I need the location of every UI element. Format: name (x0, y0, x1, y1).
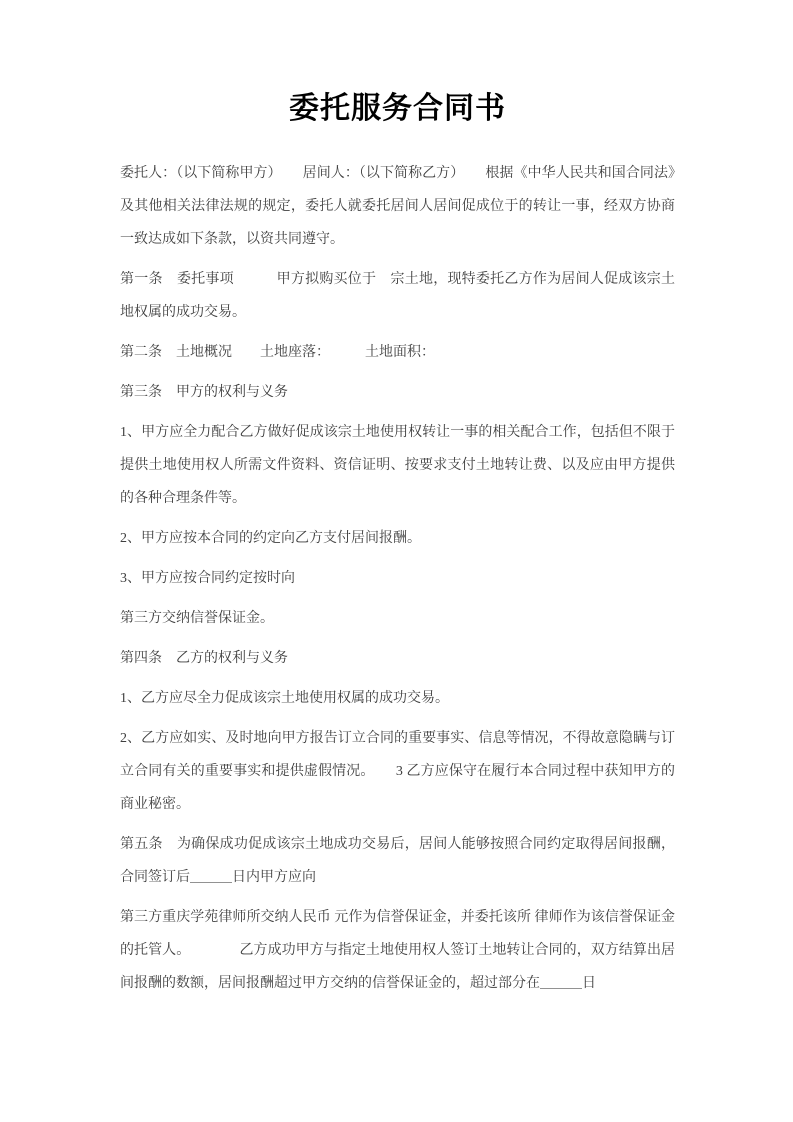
clause-5-paragraph: 第五条 为确保成功促成该宗土地成功交易后，居间人能够按照合同约定取得居间报酬，合… (120, 828, 675, 894)
clause-4-party-b-heading: 第四条 乙方的权利与义务 (120, 642, 675, 675)
document-title: 委托服务合同书 (120, 88, 675, 130)
clause-3-item-3-paragraph: 3、甲方应按合同约定按时向 (120, 562, 675, 595)
clause-3-item-1-paragraph: 1、甲方应全力配合乙方做好促成该宗土地使用权转让一事的相关配合工作，包括但不限于… (120, 416, 675, 515)
clause-3-party-a-heading: 第三条 甲方的权利与义务 (120, 376, 675, 409)
clause-2-land-overview-paragraph: 第二条 土地概况 土地座落： 土地面积： (120, 336, 675, 369)
clause-4-item-1-paragraph: 1、乙方应尽全力促成该宗土地使用权属的成功交易。 (120, 682, 675, 715)
intro-paragraph: 委托人：（以下简称甲方） 居间人：（以下简称乙方） 根据《中华人民共和国合同法》… (120, 157, 675, 256)
clause-5-deposit-paragraph: 第三方重庆学苑律师所交纳人民币 元作为信誉保证金，并委托该所 律师作为该信誉保证… (120, 901, 675, 1000)
clause-1-entrustment-paragraph: 第一条 委托事项 甲方拟购买位于 宗土地，现特委托乙方作为居间人促成该宗土地权属… (120, 263, 675, 329)
clause-3-item-2-paragraph: 2、甲方应按本合同的约定向乙方支付居间报酬。 (120, 522, 675, 555)
clause-4-item-2-3-paragraph: 2、乙方应如实、及时地向甲方报告订立合同的重要事实、信息等情况，不得故意隐瞒与订… (120, 722, 675, 821)
contract-document-page: 委托服务合同书 委托人：（以下简称甲方） 居间人：（以下简称乙方） 根据《中华人… (0, 0, 793, 1122)
clause-3-item-3-continuation-paragraph: 第三方交纳信誉保证金。 (120, 602, 675, 635)
